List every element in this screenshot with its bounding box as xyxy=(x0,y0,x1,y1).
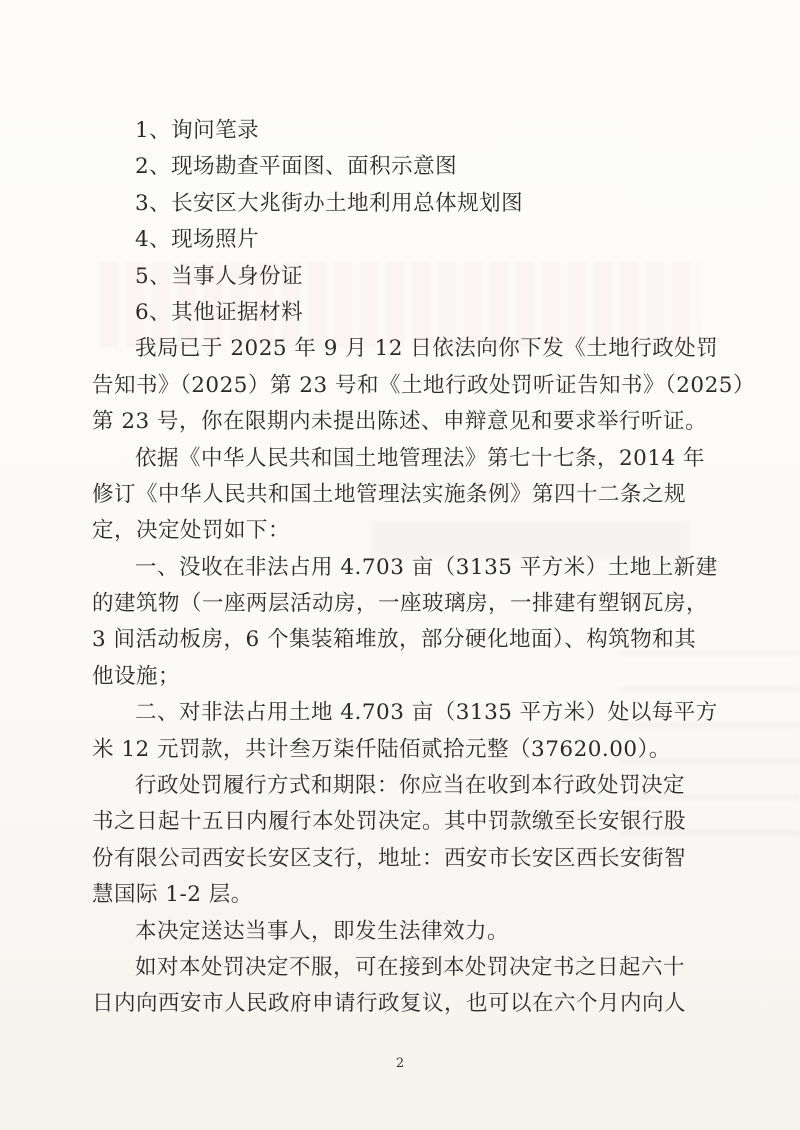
paragraph-line: 他设施； xyxy=(92,659,692,695)
paragraph-line: 如对本处罚决定不服，可在接到本处罚决定书之日起六十 xyxy=(92,950,692,986)
evidence-item: 6、其他证据材料 xyxy=(92,295,692,331)
document-body: 1、询问笔录 2、现场勘查平面图、面积示意图 3、长安区大兆街办土地利用总体规划… xyxy=(92,113,692,1023)
paragraph-line: 米 12 元罚款，共计叁万柒仟陆佰贰拾元整（37620.00）。 xyxy=(92,732,692,768)
notice-paragraph: 我局已于 2025 年 9 月 12 日依法向你下发《土地行政处罚 告知书》（2… xyxy=(92,331,692,440)
evidence-list: 1、询问笔录 2、现场勘查平面图、面积示意图 3、长安区大兆街办土地利用总体规划… xyxy=(92,113,692,331)
evidence-item: 1、询问笔录 xyxy=(92,113,692,149)
payment-terms-paragraph: 行政处罚履行方式和期限：你应当在收到本行政处罚决定 书之日起十五日内履行本处罚决… xyxy=(92,768,692,914)
paragraph-line: 一、没收在非法占用 4.703 亩（3135 平方米）土地上新建 xyxy=(92,550,692,586)
evidence-item: 5、当事人身份证 xyxy=(92,259,692,295)
paragraph-line: 我局已于 2025 年 9 月 12 日依法向你下发《土地行政处罚 xyxy=(92,331,692,367)
paragraph-line: 本决定送达当事人，即发生法律效力。 xyxy=(92,914,692,950)
paragraph-line: 依据《中华人民共和国土地管理法》第七十七条，2014 年 xyxy=(92,441,692,477)
page-number: 2 xyxy=(0,1056,800,1071)
paragraph-line: 日内向西安市人民政府申请行政复议，也可以在六个月内向人 xyxy=(92,986,692,1022)
paragraph-line: 行政处罚履行方式和期限：你应当在收到本行政处罚决定 xyxy=(92,768,692,804)
paragraph-line: 的建筑物（一座两层活动房，一座玻璃房，一排建有塑钢瓦房， xyxy=(92,586,692,622)
paragraph-line: 修订《中华人民共和国土地管理法实施条例》第四十二条之规 xyxy=(92,477,692,513)
appeal-paragraph: 如对本处罚决定不服，可在接到本处罚决定书之日起六十 日内向西安市人民政府申请行政… xyxy=(92,950,692,1023)
paragraph-line: 书之日起十五日内履行本处罚决定。其中罚款缴至长安银行股 xyxy=(92,804,692,840)
penalty-item-2: 二、对非法占用土地 4.703 亩（3135 平方米）处以每平方 米 12 元罚… xyxy=(92,695,692,768)
penalty-item-1: 一、没收在非法占用 4.703 亩（3135 平方米）土地上新建 的建筑物（一座… xyxy=(92,550,692,696)
evidence-item: 3、长安区大兆街办土地利用总体规划图 xyxy=(92,186,692,222)
evidence-item: 4、现场照片 xyxy=(92,222,692,258)
paragraph-line: 3 间活动板房，6 个集装箱堆放，部分硬化地面）、构筑物和其 xyxy=(92,622,692,658)
document-page: 1、询问笔录 2、现场勘查平面图、面积示意图 3、长安区大兆街办土地利用总体规划… xyxy=(0,0,800,1130)
effect-paragraph: 本决定送达当事人，即发生法律效力。 xyxy=(92,914,692,950)
paragraph-line: 二、对非法占用土地 4.703 亩（3135 平方米）处以每平方 xyxy=(92,695,692,731)
paragraph-line: 份有限公司西安长安区支行，地址：西安市长安区西长安街智 xyxy=(92,841,692,877)
paragraph-line: 告知书》（2025）第 23 号和《土地行政处罚听证告知书》（2025） xyxy=(92,368,692,404)
paragraph-line: 定，决定处罚如下： xyxy=(92,513,692,549)
legal-basis-paragraph: 依据《中华人民共和国土地管理法》第七十七条，2014 年 修订《中华人民共和国土… xyxy=(92,441,692,550)
paragraph-line: 慧国际 1-2 层。 xyxy=(92,877,692,913)
evidence-item: 2、现场勘查平面图、面积示意图 xyxy=(92,149,692,185)
paragraph-line: 第 23 号，你在限期内未提出陈述、申辩意见和要求举行听证。 xyxy=(92,404,692,440)
